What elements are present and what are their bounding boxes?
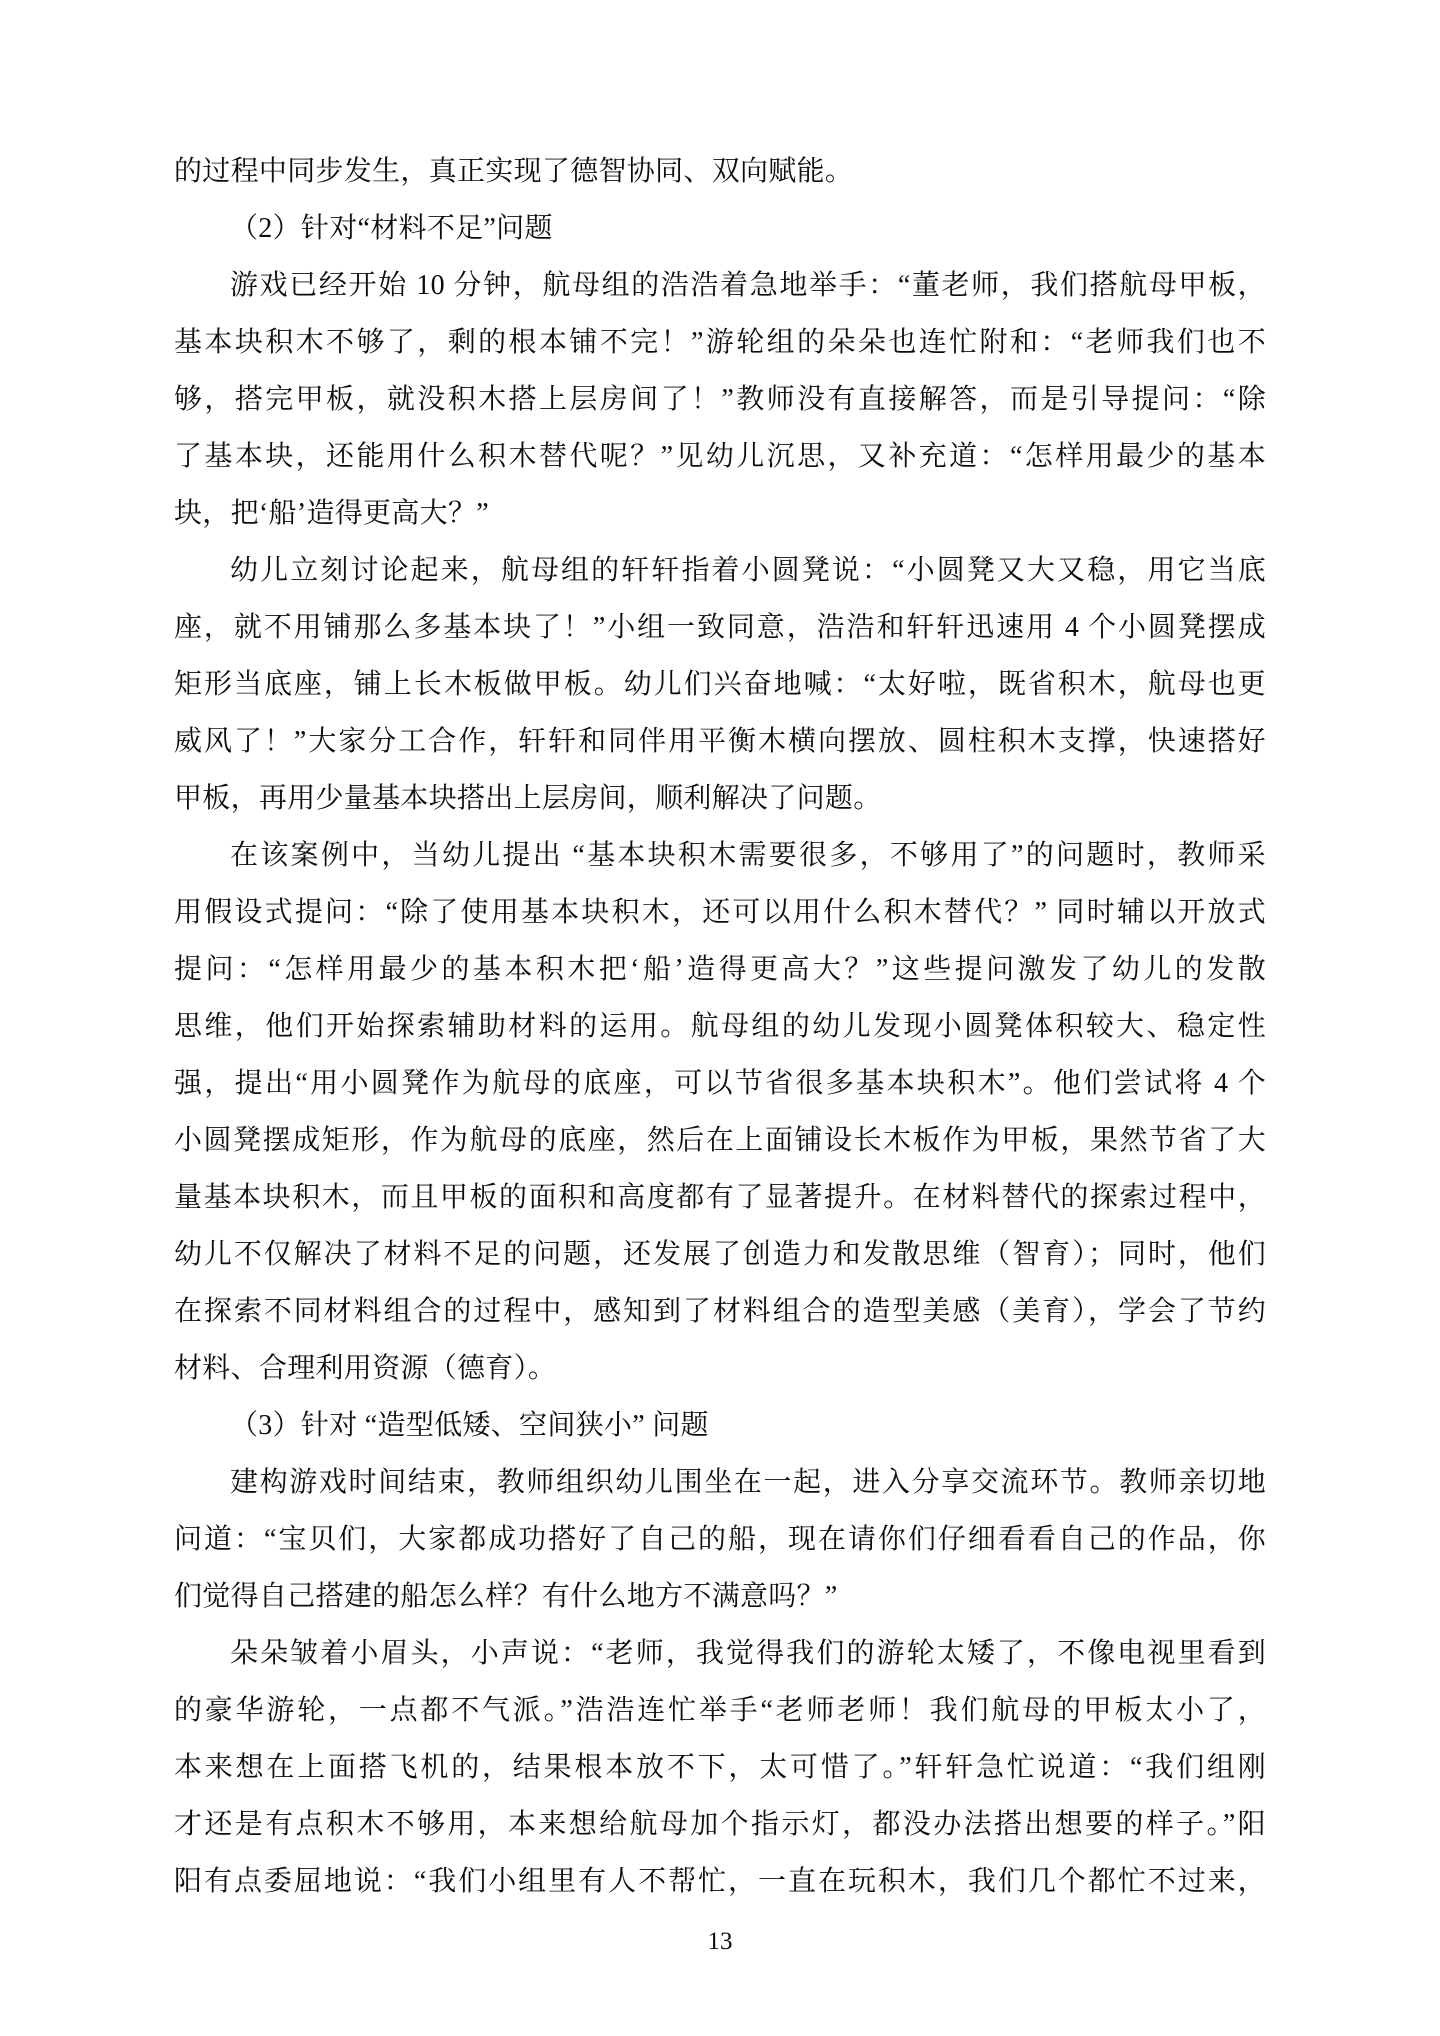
text-line: 本来想在上面搭飞机的，结果根本放不下，太可惜了。”轩轩急忙说道：“我们组刚 (174, 1739, 1266, 1796)
text-line: 了基本块，还能用什么积木替代呢？”见幼儿沉思，又补充道：“怎样用最少的基本 (174, 428, 1266, 485)
text-line: 提问：“怎样用最少的基本积木把‘船’造得更高大？”这些提问激发了幼儿的发散 (174, 941, 1266, 998)
text-line: 座，就不用铺那么多基本块了！”小组一致同意，浩浩和轩轩迅速用 4 个小圆凳摆成 (174, 599, 1266, 656)
text-line: 的豪华游轮，一点都不气派。”浩浩连忙举手“老师老师！我们航母的甲板太小了， (174, 1682, 1266, 1739)
text-line: 量基本块积木，而且甲板的面积和高度都有了显著提升。在材料替代的探索过程中， (174, 1169, 1266, 1226)
text-line: 才还是有点积木不够用，本来想给航母加个指示灯，都没办法搭出想要的样子。”阳 (174, 1796, 1266, 1853)
text-line: 在该案例中，当幼儿提出 “基本块积木需要很多，不够用了”的问题时，教师采 (174, 827, 1266, 884)
text-line: 问道：“宝贝们，大家都成功搭好了自己的船，现在请你们仔细看看自己的作品，你 (174, 1511, 1266, 1568)
text-line: 在探索不同材料组合的过程中，感知到了材料组合的造型美感（美育），学会了节约 (174, 1283, 1266, 1340)
text-line: 思维，他们开始探索辅助材料的运用。航母组的幼儿发现小圆凳体积较大、稳定性 (174, 998, 1266, 1055)
text-line: 块，把‘船’造得更高大？” (174, 485, 1266, 542)
text-line: 威风了！”大家分工合作，轩轩和同伴用平衡木横向摆放、圆柱积木支撑，快速搭好 (174, 713, 1266, 770)
text-line: 基本块积木不够了，剩的根本铺不完！”游轮组的朵朵也连忙附和：“老师我们也不 (174, 314, 1266, 371)
text-line: 的过程中同步发生，真正实现了德智协同、双向赋能。 (174, 143, 1266, 200)
text-line: 建构游戏时间结束，教师组织幼儿围坐在一起，进入分享交流环节。教师亲切地 (174, 1454, 1266, 1511)
document-page: 的过程中同步发生，真正实现了德智协同、双向赋能。 （2）针对“材料不足”问题 游… (0, 0, 1440, 2036)
text-line: 够，搭完甲板，就没积木搭上层房间了！”教师没有直接解答，而是引导提问：“除 (174, 371, 1266, 428)
text-line: 阳有点委屈地说：“我们小组里有人不帮忙，一直在玩积木，我们几个都忙不过来， (174, 1853, 1266, 1910)
text-line: 朵朵皱着小眉头，小声说：“老师，我觉得我们的游轮太矮了，不像电视里看到 (174, 1625, 1266, 1682)
text-line: 甲板，再用少量基本块搭出上层房间，顺利解决了问题。 (174, 770, 1266, 827)
section-heading-2: （2）针对“材料不足”问题 (174, 200, 1266, 257)
section-heading-3: （3）针对 “造型低矮、空间狭小” 问题 (174, 1397, 1266, 1454)
text-line: 矩形当底座，铺上长木板做甲板。幼儿们兴奋地喊：“太好啦，既省积木，航母也更 (174, 656, 1266, 713)
text-line: 幼儿不仅解决了材料不足的问题，还发展了创造力和发散思维（智育）；同时，他们 (174, 1226, 1266, 1283)
page-number: 13 (0, 1926, 1440, 1958)
text-line: 们觉得自己搭建的船怎么样？有什么地方不满意吗？” (174, 1568, 1266, 1625)
text-line: 用假设式提问：“除了使用基本块积木，还可以用什么积木替代？” 同时辅以开放式 (174, 884, 1266, 941)
text-line: 材料、合理利用资源（德育）。 (174, 1340, 1266, 1397)
body-text: 的过程中同步发生，真正实现了德智协同、双向赋能。 （2）针对“材料不足”问题 游… (174, 143, 1266, 1910)
text-line: 幼儿立刻讨论起来，航母组的轩轩指着小圆凳说：“小圆凳又大又稳，用它当底 (174, 542, 1266, 599)
text-line: 强，提出“用小圆凳作为航母的底座，可以节省很多基本块积木”。他们尝试将 4 个 (174, 1055, 1266, 1112)
text-line: 小圆凳摆成矩形，作为航母的底座，然后在上面铺设长木板作为甲板，果然节省了大 (174, 1112, 1266, 1169)
text-line: 游戏已经开始 10 分钟，航母组的浩浩着急地举手：“董老师，我们搭航母甲板， (174, 257, 1266, 314)
